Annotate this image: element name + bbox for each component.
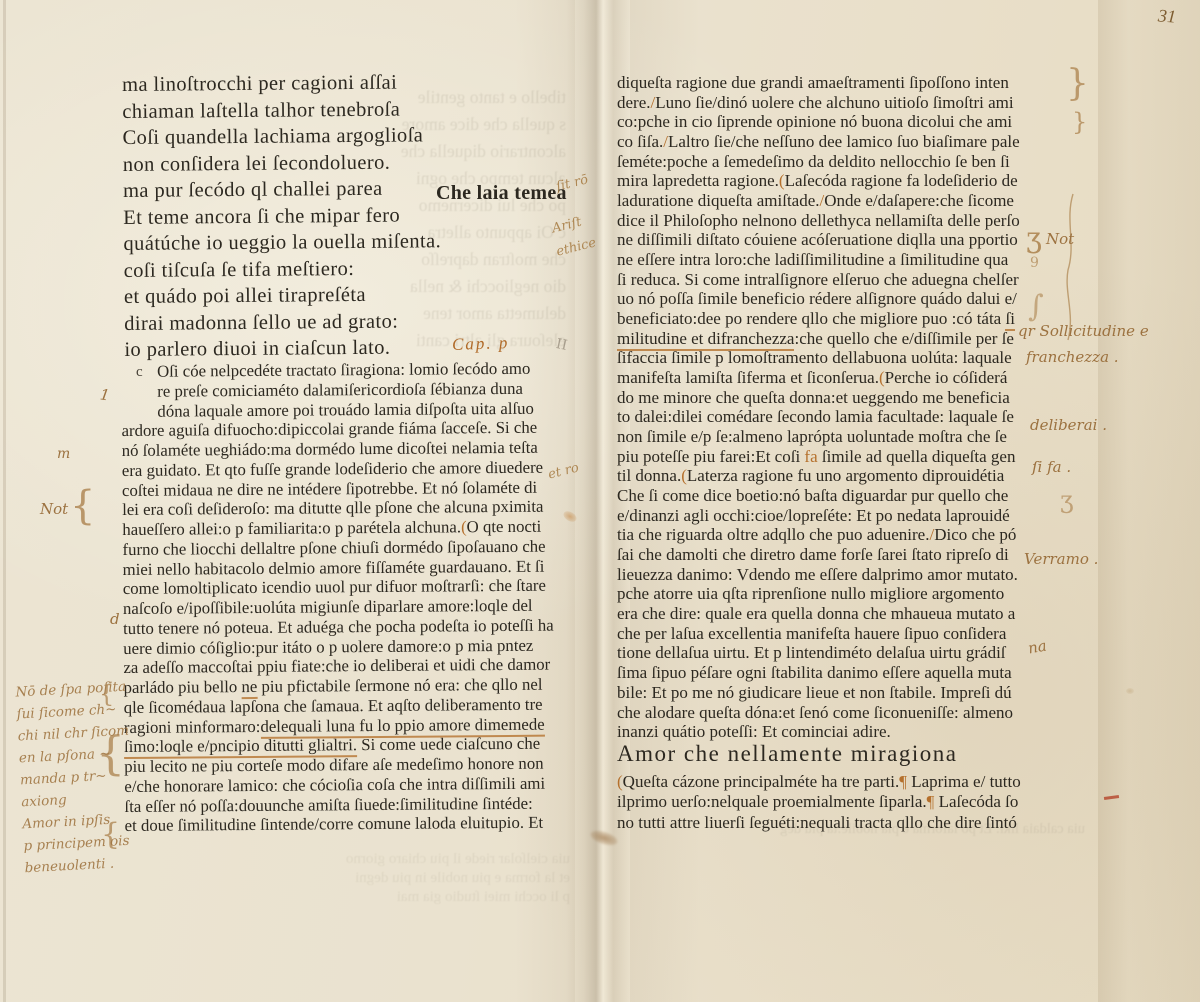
commentary-line: no tutti attre liuerſi ſeguéti:nequali t… xyxy=(617,813,1101,833)
prose-line: piu poteſſe piu farei:Et coſi fa ſimile … xyxy=(617,447,1101,467)
right-page-edge xyxy=(1098,0,1200,1002)
commentary-line: ilprimo uerſo:nelquale proemialmente ſip… xyxy=(617,792,1101,812)
foxing-spot xyxy=(1126,688,1134,694)
margin-note-nota-right: Not xyxy=(1046,230,1074,248)
poem-block: ma linoſtrocchi per cagioni aſſaichiaman… xyxy=(122,70,585,366)
prose-line: mira lapredetta ragione.(Laſecóda ragion… xyxy=(617,171,1101,191)
margin-note-nota: Not xyxy=(40,500,68,518)
margin-note-na: na xyxy=(1027,637,1048,658)
poem-line: dirai madonna ſello ue ad grato: xyxy=(124,308,584,339)
integral-flourish-mark: ∫ xyxy=(1028,292,1044,322)
book-opening-photo: tibello e tanto gentiles quella che dice… xyxy=(0,0,1200,1002)
brace-mark: { xyxy=(70,486,95,526)
margin-note-verramo: Verramo . xyxy=(1024,550,1098,568)
prose-line: et doue ſimilitudine ſintende/corre comu… xyxy=(125,813,593,836)
yogh-mark: ʒ xyxy=(1026,224,1042,252)
prose-line: tia che riguarda oltre adqllo che puo ad… xyxy=(617,525,1101,545)
left-page-edge xyxy=(3,0,6,1002)
prose-line: co:pche in cio ſiprende opinione nó buon… xyxy=(617,112,1101,132)
poem-line: Coſi quandella lachiama argoglioſa xyxy=(122,123,582,154)
nine-mark: 9 xyxy=(1030,256,1039,270)
brace-mark: } xyxy=(1072,110,1087,134)
brace-mark: } xyxy=(1066,66,1089,102)
margin-note-deliberai: deliberai . xyxy=(1030,416,1107,434)
chapter-mark-rubric: Cap. p xyxy=(452,333,510,355)
poem-line: et quádo poi allei tirapreſéta xyxy=(124,282,584,313)
red-dash-mark xyxy=(1104,795,1119,800)
show-through-line: uia cielſolar riede il piu chiaro giorno xyxy=(150,850,570,869)
prose-line: to dalei:dilei comédare ſecondo lamia fa… xyxy=(617,407,1101,427)
margin-note-sifa: ſi fa . xyxy=(1032,458,1071,476)
poem-side-note: Che laia temea xyxy=(436,182,567,205)
ink-squiggle-mark xyxy=(1062,192,1078,342)
margin-note-in: m xyxy=(57,446,70,462)
prose-line: laduratione diqueſta amiſtade./Onde e/da… xyxy=(617,191,1101,211)
folio-number: 31 xyxy=(1157,5,1176,27)
margin-note-franchezza: franchezza . xyxy=(1026,348,1119,366)
poem-line: Et teme ancora ſi che mipar fero xyxy=(123,202,583,233)
show-through-line: p li occhi miei ſtudio gia mai xyxy=(150,888,570,907)
poem-line: coſi tiſcuſa ſe tifa meſtiero: xyxy=(124,255,584,286)
ink-stain xyxy=(589,828,619,848)
poem-line: quátúche io ueggio la ouella miſenta. xyxy=(123,229,583,260)
commentary-block: (Queſta cázone principalméte ha tre part… xyxy=(617,772,1101,833)
prose-line: e/dinanzi agli occhi:cioe/lopreſéte: Et … xyxy=(617,506,1101,526)
prose-line: ſima ſipuo péſare ogni ſtabilita danimo … xyxy=(617,663,1101,683)
prose-line: til donna.(Laterza ragione fu uno argome… xyxy=(617,466,1101,486)
prose-line: bile: Et po me nó giudicare lieue et non… xyxy=(617,683,1101,703)
poem-line: chiaman laſtella talhor tenebroſa xyxy=(122,96,582,127)
prose-line: Che ſi come dice boetio:nó baſta diguard… xyxy=(617,486,1101,506)
prose-line: co ſiſa./Laltro ſie/che neſſuno dee lami… xyxy=(617,132,1101,152)
prose-line: ſi reduca. Si come intralſignore elſeruo… xyxy=(617,270,1101,290)
left-prose-block: Oſi cóe nelpcedéte tractato ſiragiona: l… xyxy=(121,358,593,836)
prose-line: pche atorre uia qſta riprenſione nullo m… xyxy=(617,584,1101,604)
yogh-mark: ʒ xyxy=(1060,488,1074,512)
show-through-block: uia cielſolar riede il piu chiaro giorno… xyxy=(150,850,570,907)
prose-line: che alodare queſta dóna:et ſenó come ſic… xyxy=(617,703,1101,723)
poem-line: non conſidera lei ſecondoluero. xyxy=(123,149,583,180)
canzone-heading: Amor che nellamente miragiona xyxy=(617,741,957,767)
prose-line: manifeſta lamiſta ſiferma et ſiconſerua.… xyxy=(617,368,1101,388)
margin-note-d: d xyxy=(110,610,120,628)
prose-line: era che dire: quale era quella donna che… xyxy=(617,604,1101,624)
poem-line: ma linoſtrocchi per cagioni aſſai xyxy=(122,70,582,101)
margin-note-figure: 1 xyxy=(99,385,111,404)
show-through-line: et la forma e piu nobile in piu degni xyxy=(150,869,570,888)
commentary-line: (Queſta cázone principalméte ha tre part… xyxy=(617,772,1101,792)
prose-line: do me minore che queſta donna:et ueggend… xyxy=(617,388,1101,408)
prose-line: inanzi quátio poteſſi: Et cominciai adir… xyxy=(617,722,1101,742)
prose-line: non ſimile e/p ſe:almeno laprópta uolunt… xyxy=(617,427,1101,447)
margin-note-sollicitudine: qr Sollicitudine e xyxy=(1018,322,1149,340)
prose-line: dere./Luno ſie/dinó uolere che alchuno u… xyxy=(617,93,1101,113)
cursive-margin-note: Nō de ſpa poſitaſui ſicome ch~chi nil ch… xyxy=(15,675,155,880)
prose-line: ſeméte:poche a ſemedeſimo da deldito nel… xyxy=(617,152,1101,172)
prose-line: diqueſta ragione due grandi amaeſtrament… xyxy=(617,73,1101,93)
